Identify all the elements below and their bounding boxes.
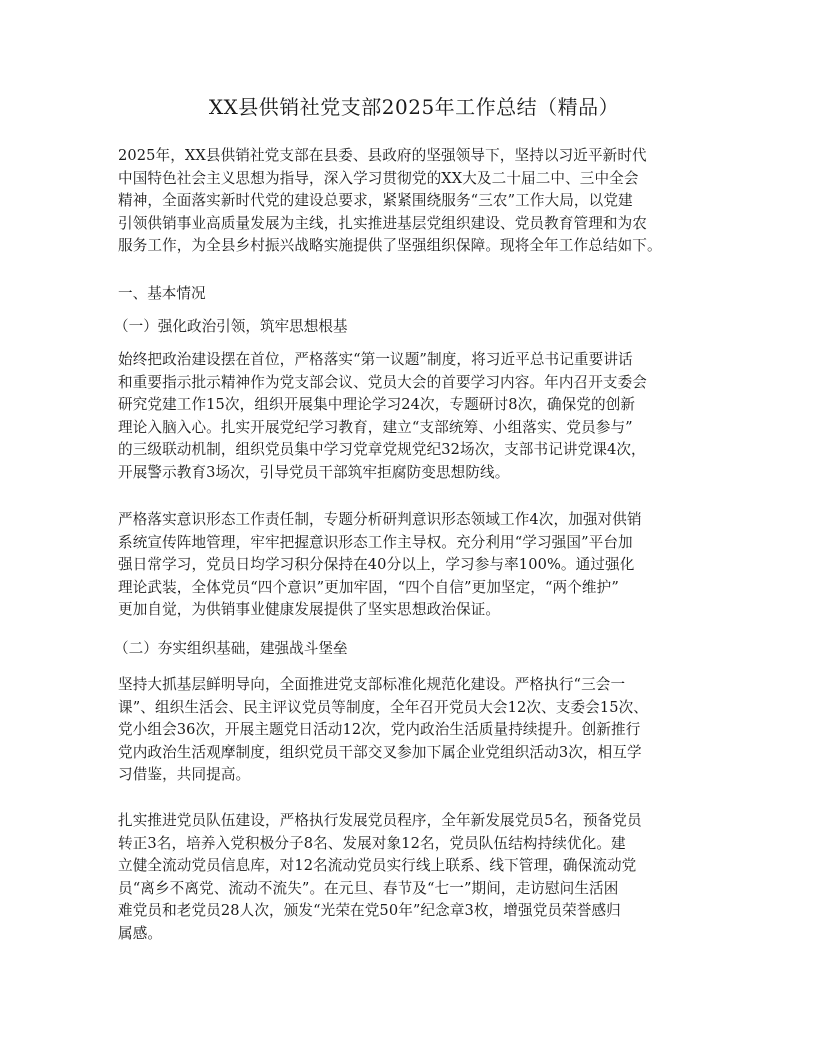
text-line: 开展警示教育3场次，引导党员干部筑牢拒腐防变思想防线。: [118, 462, 710, 485]
paragraph-member-team: 扎实推进党员队伍建设，严格执行发展党员程序，全年新发展党员5名，预备党员 转正3…: [118, 810, 710, 946]
paragraph-political-building: 始终把政治建设摆在首位，严格落实“第一议题”制度，将习近平总书记重要讲话 和重要…: [118, 349, 710, 485]
text-line: 更加自觉，为供销事业健康发展提供了坚实思想政治保证。: [118, 599, 710, 622]
text-line: 坚持大抓基层鲜明导向，全面推进党支部标准化规范化建设。严格执行“三会一: [118, 674, 710, 697]
text-line: 理论入脑入心。扎实开展党纪学习教育，建立“支部统筹、小组落实、党员参与”: [118, 417, 710, 440]
text-line: 立健全流动党员信息库，对12名流动党员实行线上联系、线下管理，确保流动党: [118, 855, 710, 878]
text-line: 属感。: [118, 923, 710, 946]
section-heading-basic-situation: 一、基本情况: [118, 283, 206, 305]
text-line: 的三级联动机制，组织党员集中学习党章党规党纪32场次，支部书记讲党课4次，: [118, 439, 710, 462]
text-line: 2025年，XX县供销社党支部在县委、县政府的坚强领导下，坚持以习近平新时代: [118, 145, 710, 168]
text-line: 党小组会36次，开展主题党日活动12次，党内政治生活质量持续提升。创新推行: [118, 719, 710, 742]
text-line: 中国特色社会主义思想为指导，深入学习贯彻党的XX大及二十届二中、三中全会: [118, 168, 710, 191]
text-line: 强日常学习，党员日均学习积分保持在40分以上，学习参与率100%。通过强化: [118, 554, 710, 577]
document-title: XX县供销社党支部2025年工作总结（精品）: [118, 93, 710, 121]
intro-paragraph: 2025年，XX县供销社党支部在县委、县政府的坚强领导下，坚持以习近平新时代 中…: [118, 145, 710, 258]
text-line: 研究党建工作15次，组织开展集中理论学习24次，专题研讨8次，确保党的创新: [118, 394, 710, 417]
text-line: 引领供销事业高质量发展为主线，扎实推进基层党组织建设、党员教育管理和为农: [118, 213, 710, 236]
subsection-heading-political-leadership: （一）强化政治引领，筑牢思想根基: [114, 316, 348, 338]
text-line: 习借鉴，共同提高。: [118, 764, 710, 787]
subsection-heading-organization-foundation: （二）夯实组织基础，建强战斗堡垒: [114, 638, 348, 660]
text-line: 精神，全面落实新时代党的建设总要求，紧紧围绕服务“三农”工作大局，以党建: [118, 190, 710, 213]
text-line: 课”、组织生活会、民主评议党员等制度，全年召开党员大会12次、支委会15次、: [118, 697, 710, 720]
text-line: 服务工作，为全县乡村振兴战略实施提供了坚强组织保障。现将全年工作总结如下。: [118, 235, 710, 258]
paragraph-standardization: 坚持大抓基层鲜明导向，全面推进党支部标准化规范化建设。严格执行“三会一 课”、组…: [118, 674, 710, 787]
text-line: 转正3名，培养入党积极分子8名、发展对象12名，党员队伍结构持续优化。建: [118, 833, 710, 856]
text-line: 始终把政治建设摆在首位，严格落实“第一议题”制度，将习近平总书记重要讲话: [118, 349, 710, 372]
text-line: 和重要指示批示精神作为党支部会议、党员大会的首要学习内容。年内召开支委会: [118, 372, 710, 395]
text-line: 系统宣传阵地管理，牢牢把握意识形态工作主导权。充分利用“学习强国”平台加: [118, 532, 710, 555]
text-line: 理论武装，全体党员“四个意识”更加牢固，“四个自信”更加坚定，“两个维护”: [118, 577, 710, 600]
text-line: 员“离乡不离党、流动不流失”。在元旦、春节及“七一”期间，走访慰问生活困: [118, 878, 710, 901]
text-line: 扎实推进党员队伍建设，严格执行发展党员程序，全年新发展党员5名，预备党员: [118, 810, 710, 833]
text-line: 党内政治生活观摩制度，组织党员干部交叉参加下属企业党组织活动3次，相互学: [118, 742, 710, 765]
text-line: 严格落实意识形态工作责任制，专题分析研判意识形态领域工作4次，加强对供销: [118, 509, 710, 532]
text-line: 难党员和老党员28人次，颁发“光荣在党50年”纪念章3枚，增强党员荣誉感归: [118, 900, 710, 923]
paragraph-ideology-work: 严格落实意识形态工作责任制，专题分析研判意识形态领域工作4次，加强对供销 系统宣…: [118, 509, 710, 622]
